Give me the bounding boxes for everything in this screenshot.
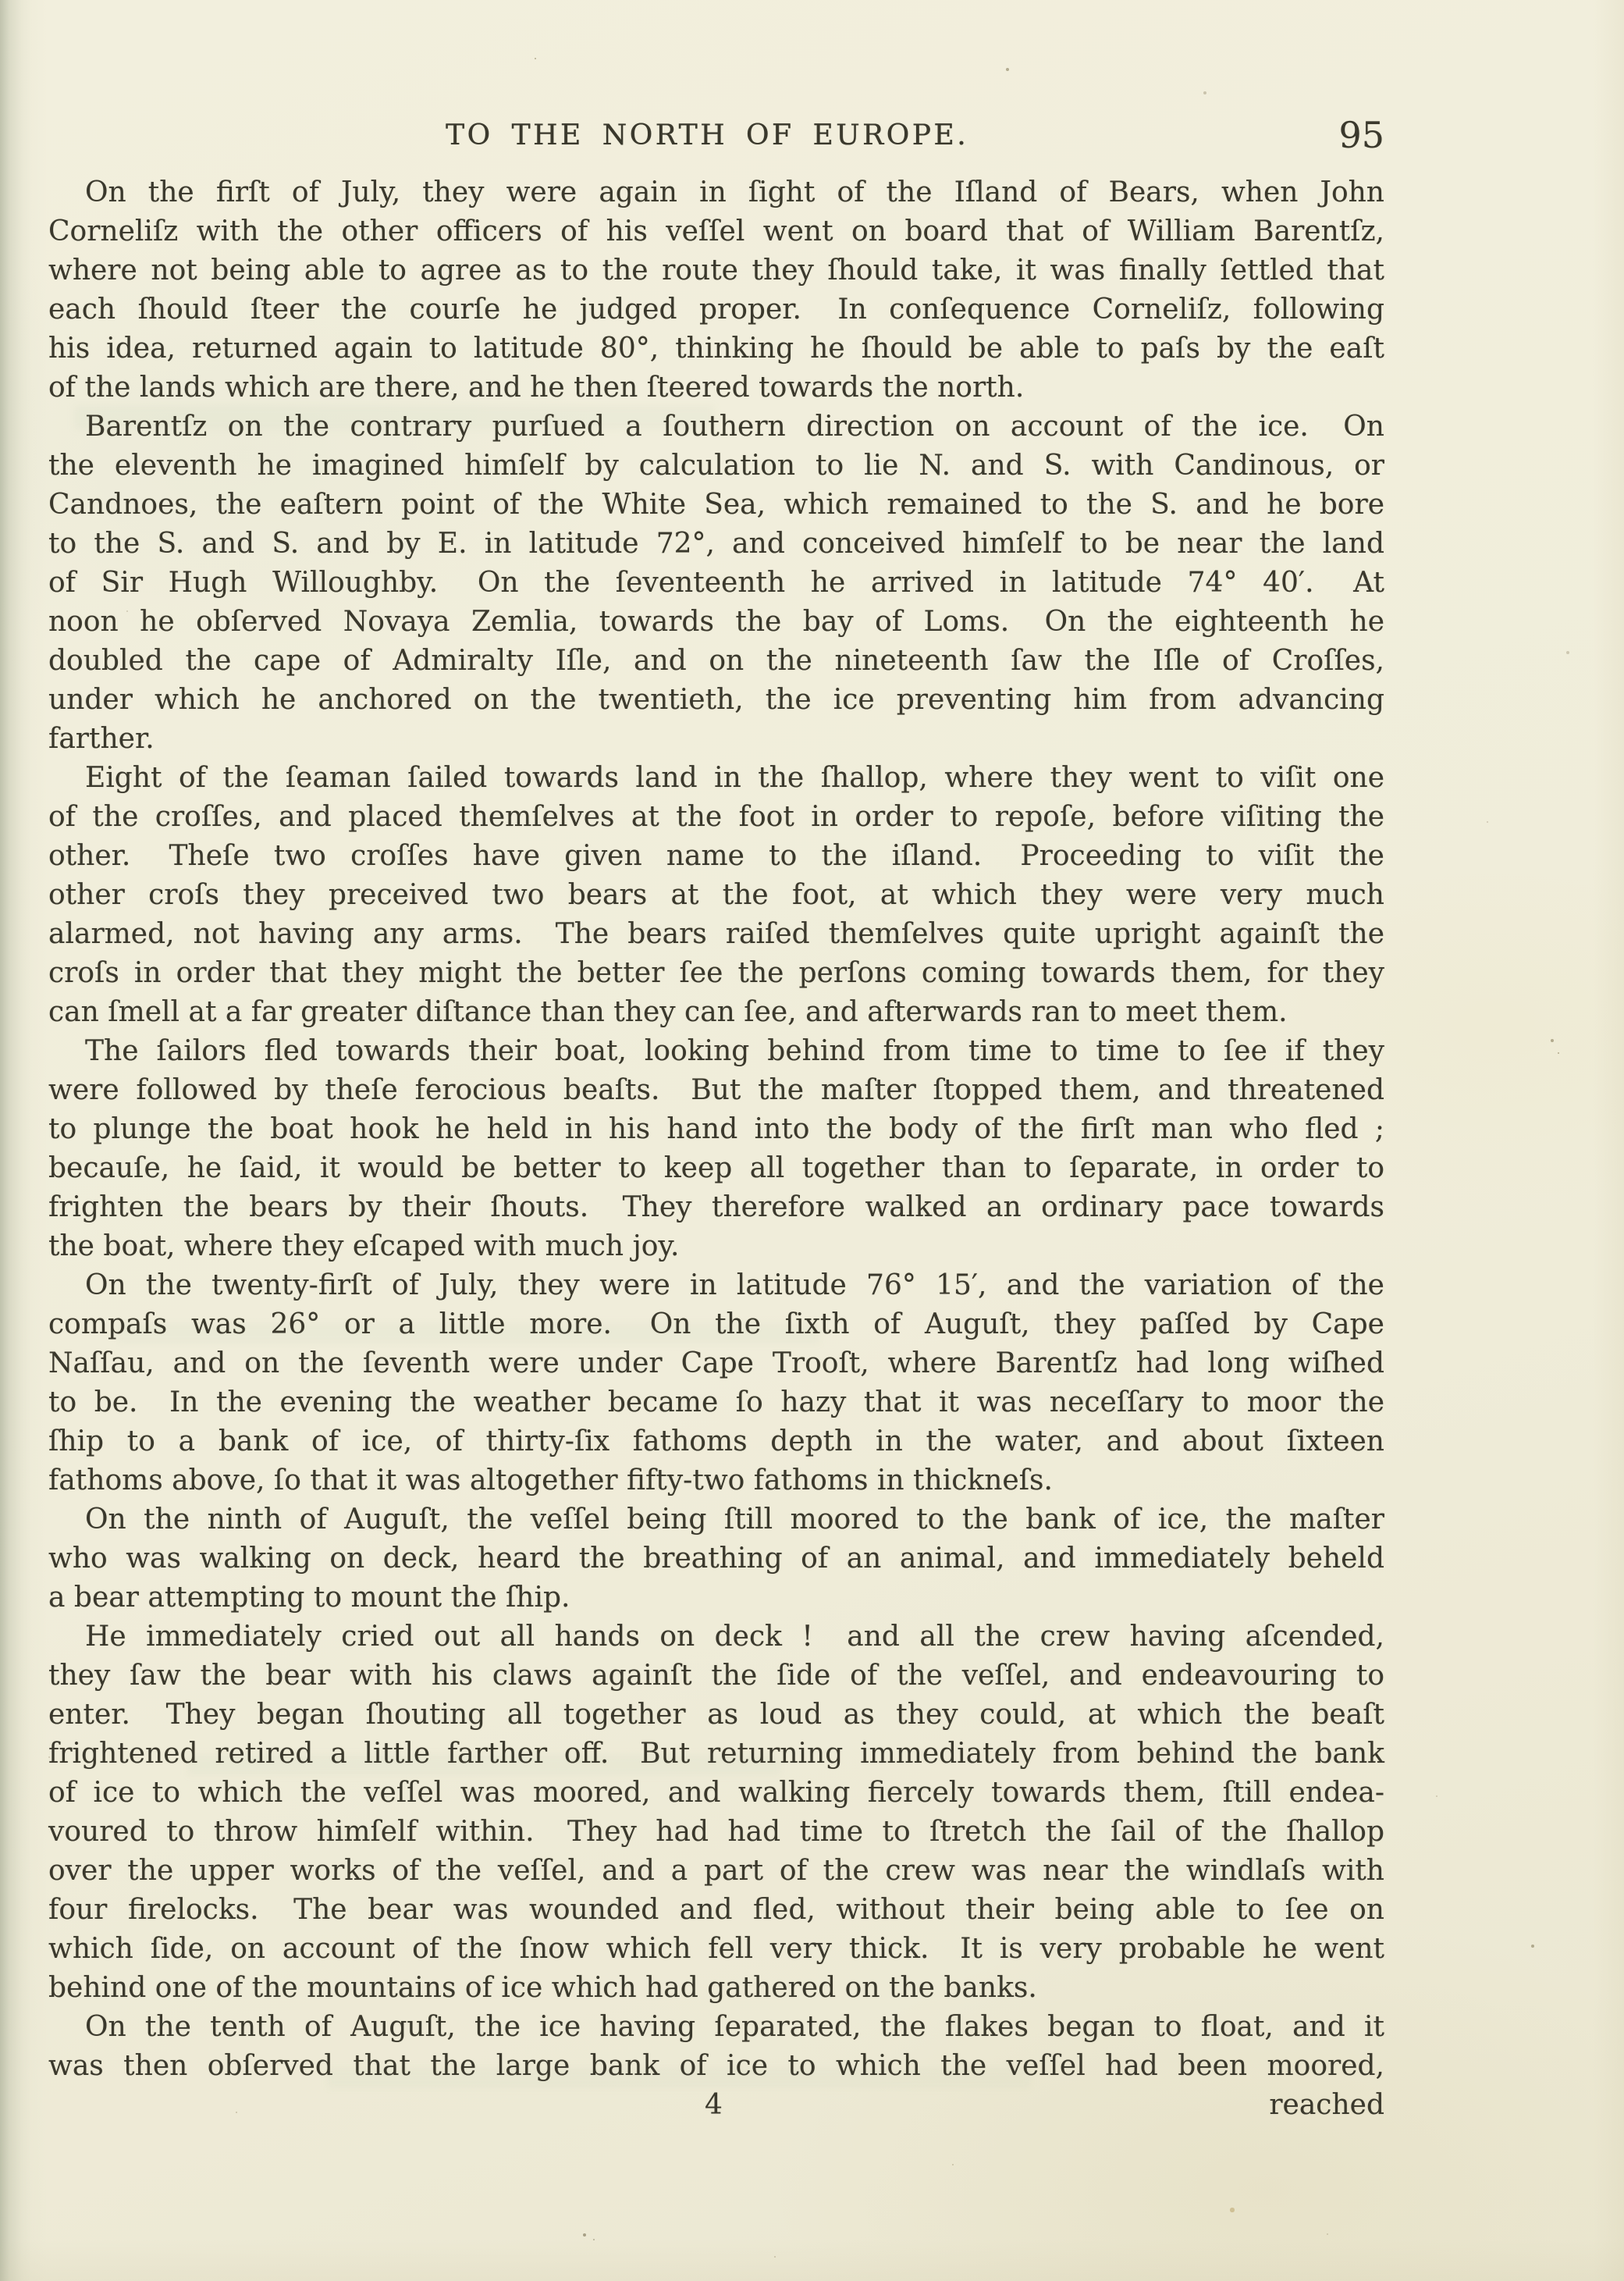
text-line: On the firſt of July, they were again in… (48, 173, 1384, 212)
text-line: On the ninth of Auguſt, the veſſel being… (48, 1500, 1384, 1539)
text-line: which ſide, on account of the ſnow which… (48, 1930, 1384, 1969)
book-page-scan: TO THE NORTH OF EUROPE. 95 On the firſt … (0, 0, 1624, 2281)
text-line: to plunge the boat hook he held in his h… (48, 1110, 1384, 1149)
text-line: a bear attempting to mount the ſhip. (48, 1578, 1384, 1617)
text-line: behind one of the mountains of ice which… (48, 1969, 1384, 2008)
text-line: frighten the bears by their ſhouts. They… (48, 1188, 1384, 1227)
page-number: 95 (1338, 116, 1384, 155)
text-line: was then obſerved that the large bank of… (48, 2047, 1384, 2086)
paragraph-7: He immediately cried out all hands on de… (48, 1617, 1384, 2008)
paragraph-3: Eight of the ſeaman ſailed towards land … (48, 759, 1384, 1032)
text-line: The ſailors fled towards their boat, loo… (48, 1032, 1384, 1071)
page-title: TO THE NORTH OF EUROPE. (39, 114, 1375, 158)
text-line: can ſmell at a far greater diſtance than… (48, 993, 1384, 1032)
text-line: enter. They began ſhouting all together … (48, 1696, 1384, 1735)
text-line: of the lands which are there, and he the… (48, 368, 1384, 407)
text-line: were followed by theſe ferocious beaſts.… (48, 1071, 1384, 1110)
text-line: fathoms above, ſo that it was altogether… (48, 1461, 1384, 1500)
paragraph-4: The ſailors fled towards their boat, loo… (48, 1032, 1384, 1266)
text-line: noon he obſerved Novaya Zemlia, towards … (48, 603, 1384, 642)
text-line: Eight of the ſeaman ſailed towards land … (48, 759, 1384, 798)
text-line: He immediately cried out all hands on de… (48, 1617, 1384, 1656)
signature-line: 4reached (48, 2086, 1384, 2125)
page-gutter-shadow (0, 0, 55, 2281)
text-line: Candnoes, the eaſtern point of the White… (48, 486, 1384, 525)
text-line: each ſhould ſteer the courſe he judged p… (48, 290, 1384, 329)
page-edge-shadow (1585, 0, 1624, 2281)
paragraph-8: On the tenth of Auguſt, the ice having ſ… (48, 2008, 1384, 2086)
text-line: the eleventh he imagined himſelf by calc… (48, 447, 1384, 486)
text-line: to the S. and S. and by E. in latitude 7… (48, 525, 1384, 564)
text-line: other. Theſe two croſſes have given name… (48, 837, 1384, 876)
page-body: On the firſt of July, they were again in… (48, 173, 1384, 2125)
paragraph-6: On the ninth of Auguſt, the veſſel being… (48, 1500, 1384, 1617)
text-line: farther. (48, 720, 1384, 759)
text-line: the boat, where they eſcaped with much j… (48, 1227, 1384, 1266)
text-line: over the upper works of the veſſel, and … (48, 1852, 1384, 1891)
text-line: Corneliſz with the other officers of his… (48, 212, 1384, 251)
paragraph-2: Barentſz on the contrary purſued a ſouth… (48, 407, 1384, 759)
text-line: of ice to which the veſſel was moored, a… (48, 1774, 1384, 1813)
page-bottom-shadow (0, 2234, 1624, 2281)
text-line: Naſſau, and on the ſeventh were under Ca… (48, 1344, 1384, 1383)
text-line: On the twenty-firſt of July, they were i… (48, 1266, 1384, 1305)
text-line: to be. In the evening the weather became… (48, 1383, 1384, 1422)
text-line: becauſe, he ſaid, it would be better to … (48, 1149, 1384, 1188)
paragraph-5: On the twenty-firſt of July, they were i… (48, 1266, 1384, 1500)
text-line: compaſs was 26° or a little more. On the… (48, 1305, 1384, 1344)
text-line: of the croſſes, and placed themſelves at… (48, 798, 1384, 837)
text-line: four firelocks. The bear was wounded and… (48, 1891, 1384, 1930)
paper-foxing-specks (0, 0, 2, 2)
text-line: frightened retired a little farther off.… (48, 1735, 1384, 1774)
signature-mark: 4 (705, 2086, 723, 2125)
text-line: who was walking on deck, heard the breat… (48, 1539, 1384, 1578)
text-line: Barentſz on the contrary purſued a ſouth… (48, 407, 1384, 447)
text-line: they ſaw the bear with his claws againſt… (48, 1656, 1384, 1696)
text-line: where not being able to agree as to the … (48, 251, 1384, 290)
text-line: of Sir Hugh Willoughby. On the ſeventeen… (48, 564, 1384, 603)
paragraph-1: On the firſt of July, they were again in… (48, 173, 1384, 407)
text-line: doubled the cape of Admiralty Iſle, and … (48, 642, 1384, 681)
text-line: other croſs they preceived two bears at … (48, 876, 1384, 915)
running-head: TO THE NORTH OF EUROPE. 95 (48, 114, 1384, 158)
catchword: reached (1269, 2086, 1384, 2125)
text-line: alarmed, not having any arms. The bears … (48, 915, 1384, 954)
text-line: voured to throw himſelf within. They had… (48, 1813, 1384, 1852)
text-line: On the tenth of Auguſt, the ice having ſ… (48, 2008, 1384, 2047)
text-line: under which he anchored on the twentieth… (48, 681, 1384, 720)
text-line: his idea, returned again to latitude 80°… (48, 329, 1384, 368)
text-line: ſhip to a bank of ice, of thirty-ſix fat… (48, 1422, 1384, 1461)
text-line: croſs in order that they might the bette… (48, 954, 1384, 993)
